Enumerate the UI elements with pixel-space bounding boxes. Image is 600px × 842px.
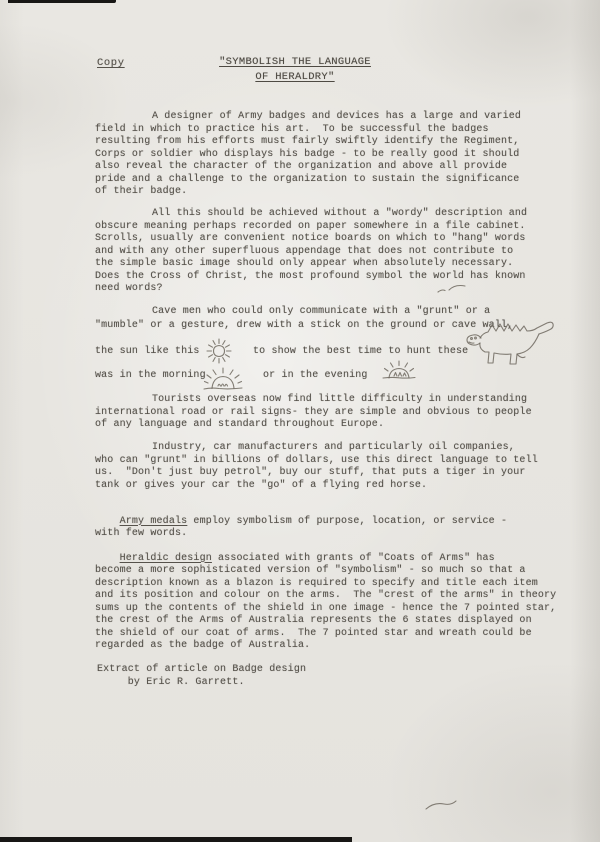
copy-label: Copy (97, 57, 125, 69)
sunset-doodle-icon (382, 356, 416, 383)
scanned-document-page: Copy "SYMBOLISH THE LANGUAGE OF HERALDRY… (0, 0, 600, 842)
page-title-line2: OF HERALDRY" (255, 70, 334, 85)
pen-mark-icon (424, 798, 458, 812)
page-title-line1: "SYMBOLISH THE LANGUAGE (219, 55, 371, 70)
cave-line1: Cave men who could only communicate with… (152, 306, 490, 319)
dinosaur-doodle-icon (465, 321, 561, 369)
paragraph-industry: Industry, car manufacturers and particul… (95, 442, 567, 492)
army-medals-underlined: Army medals (120, 516, 188, 527)
scan-edge-bottom (0, 837, 352, 842)
scan-edge-top (8, 0, 116, 3)
cave-line4-before: was in the morning (95, 370, 206, 383)
paragraph-heraldic-design: Heraldic design associated with grants o… (95, 540, 567, 665)
page-title: "SYMBOLISH THE LANGUAGE OF HERALDRY" (205, 55, 385, 84)
paragraph-tourists: Tourists overseas now find little diffic… (95, 394, 567, 432)
heraldic-design-underlined: Heraldic design (120, 553, 212, 564)
paragraph-wordy-description: All this should be achieved without a "w… (95, 208, 567, 296)
pen-mark-icon (436, 282, 468, 295)
paragraph-designer: A designer of Army badges and devices ha… (95, 111, 567, 199)
sunrise-doodle-icon (203, 364, 243, 392)
cave-line2: "mumble" or a gesture, drew with a stick… (95, 320, 513, 333)
sun-doodle-icon (205, 337, 233, 365)
heraldic-design-text: associated with grants of "Coats of Arms… (95, 553, 556, 652)
cave-line4-after: or in the evening (263, 370, 368, 383)
cave-line3-after: to show the best time to hunt these (253, 346, 468, 359)
cave-line3-before: the sun like this (95, 346, 200, 359)
footer-attribution: Extract of article on Badge design by Er… (97, 664, 569, 689)
